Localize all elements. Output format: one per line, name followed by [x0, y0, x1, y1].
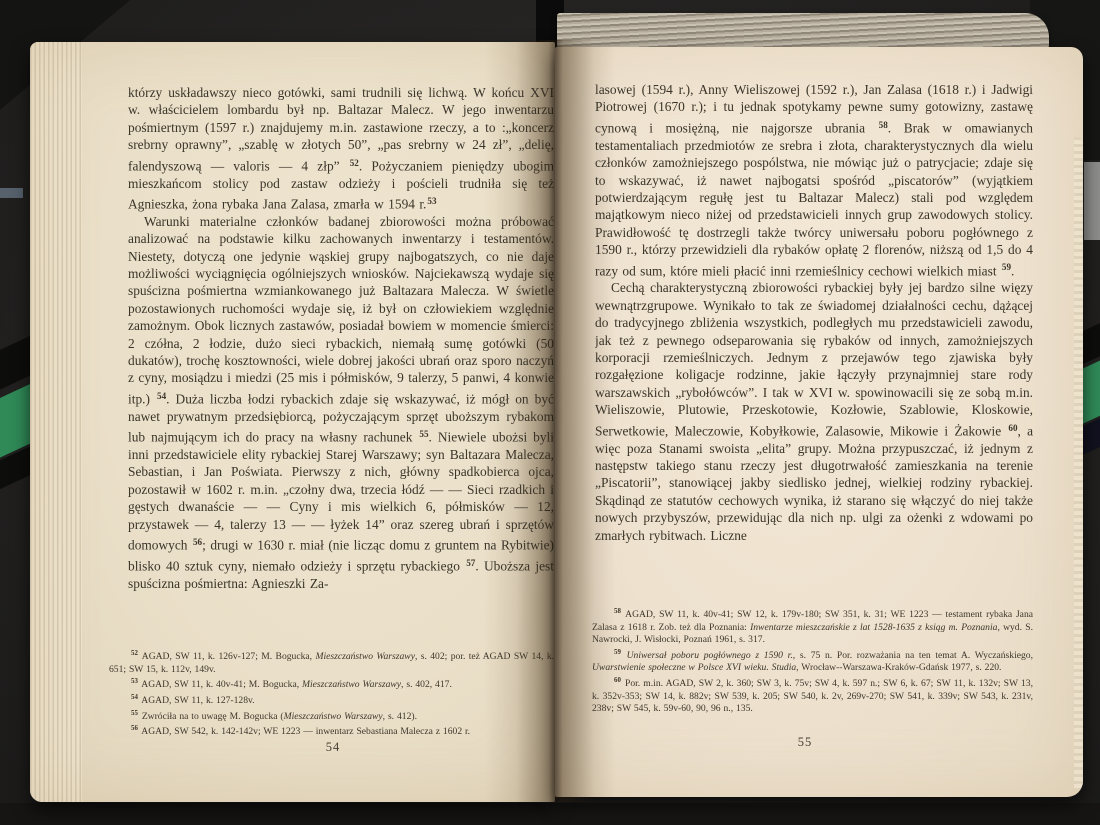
footnote-52: 52 AGAD, SW 11, k. 126v-127; M. Bogucka,…	[109, 648, 554, 676]
left-page-number: 54	[303, 740, 363, 755]
background-blue-mark-left	[0, 188, 23, 198]
background-bottom-shadow	[0, 803, 1100, 825]
background-gray-mark-right	[1084, 162, 1100, 240]
body-paragraph: którzy uskładawszy nieco gotówki, sami t…	[128, 84, 554, 213]
footnote-55: 55 Zwróciła na to uwagę M. Bogucka (Mies…	[109, 708, 554, 724]
body-paragraph: Cechą charakterystyczną zbiorowości ryba…	[595, 279, 1033, 544]
footnote-58: 58 AGAD, SW 11, k. 40v-41; SW 12, k. 179…	[592, 606, 1033, 647]
right-page-footnotes: 58 AGAD, SW 11, k. 40v-41; SW 12, k. 179…	[592, 606, 1033, 736]
footnote-56: 56 AGAD, SW 542, k. 142-142v; WE 1223 — …	[109, 723, 554, 739]
footnote-60: 60 Por. m.in. AGAD, SW 2, k. 360; SW 3, …	[592, 675, 1033, 716]
footnote-53: 53 AGAD, SW 11, k. 40v-41; M. Bogucka, M…	[109, 676, 554, 692]
left-page-body-text: którzy uskładawszy nieco gotówki, sami t…	[128, 84, 554, 646]
right-page-body-text: lasowej (1594 r.), Anny Wieliszowej (159…	[595, 81, 1033, 605]
body-paragraph: Warunki materialne członków badanej zbio…	[128, 213, 554, 592]
book-scan-photo: którzy uskładawszy nieco gotówki, sami t…	[0, 0, 1100, 825]
footnote-59: 59 Uniwersał poboru pogłównego z 1590 r.…	[592, 647, 1033, 675]
body-paragraph: lasowej (1594 r.), Anny Wieliszowej (159…	[595, 81, 1033, 279]
page-edges-fan-top	[557, 13, 1049, 51]
footnote-54: 54 AGAD, SW 11, k. 127-128v.	[109, 692, 554, 708]
right-page-number: 55	[775, 735, 835, 750]
left-page-footnotes: 52 AGAD, SW 11, k. 126v-127; M. Bogucka,…	[109, 648, 554, 740]
